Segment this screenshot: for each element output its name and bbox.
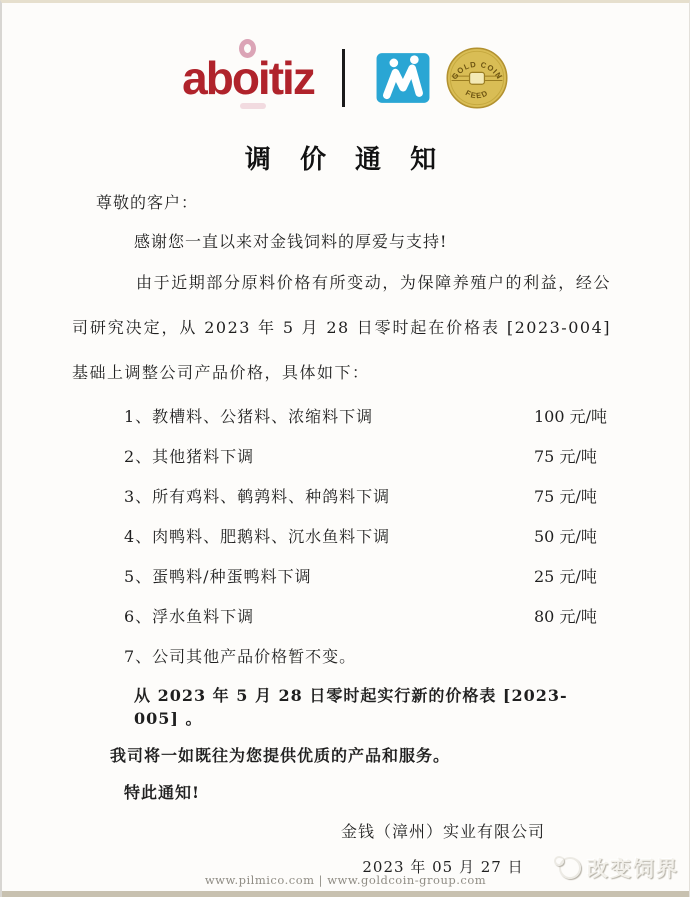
- item-price: 25 元/吨: [534, 557, 597, 597]
- item-label: 5、蛋鸭料/种蛋鸭料下调: [124, 567, 312, 586]
- item-price: 75 元/吨: [534, 437, 597, 477]
- list-item: 5、蛋鸭料/种蛋鸭料下调 25 元/吨: [72, 557, 611, 597]
- photo-bottom-edge: [2, 891, 689, 897]
- item-price: 80 元/吨: [534, 597, 597, 637]
- notice-document: aboitiz GOLD COIN: [0, 0, 690, 897]
- intro-paragraph: 由于近期部分原料价格有所变动，为保障养殖户的利益，经公司研究决定，从 2023 …: [72, 260, 611, 395]
- pilmico-m-icon: [373, 51, 433, 105]
- item-price: 75 元/吨: [534, 477, 597, 517]
- item-label: 1、教槽料、公猪料、浓缩料下调: [124, 407, 373, 426]
- item-label: 3、所有鸡料、鹌鹑料、种鸽料下调: [124, 487, 390, 506]
- gold-coin-feed-icon: GOLD COIN FEED: [445, 47, 509, 109]
- notice-body: 尊敬的客户： 感谢您一直以来对金钱饲料的厚爱与支持! 由于近期部分原料价格有所变…: [2, 190, 689, 877]
- aboitiz-logo: aboitiz: [182, 55, 314, 101]
- company-name: 金钱（漳州）实业有限公司: [341, 819, 545, 842]
- aboitiz-underline-accent: [240, 103, 266, 109]
- service-commitment-line: 我司将一如既往为您提供优质的产品和服务。: [110, 743, 611, 766]
- watermark-text: 改变饲界: [587, 853, 679, 883]
- watermark: 改变饲界: [559, 853, 679, 883]
- item-label: 4、肉鸭料、肥鹅料、沉水鱼料下调: [124, 527, 390, 546]
- thanks-line: 感谢您一直以来对金钱饲料的厚爱与支持!: [134, 229, 611, 252]
- item-price: 100 元/吨: [534, 397, 607, 437]
- list-item: 3、所有鸡料、鹌鹑料、种鸽料下调 75 元/吨: [72, 477, 611, 517]
- item-label: 2、其他猪料下调: [124, 447, 254, 466]
- logo-divider: [342, 49, 345, 107]
- salutation-line: 尊敬的客户：: [96, 190, 611, 213]
- logo-header: aboitiz GOLD COIN: [2, 3, 689, 113]
- list-item: 1、教槽料、公猪料、浓缩料下调 100 元/吨: [72, 397, 611, 437]
- effective-date-line: 从 2023 年 5 月 28 日零时起实行新的价格表 [2023-005] 。: [134, 683, 611, 729]
- watermark-logo-icon: [559, 857, 581, 879]
- list-item: 4、肉鸭料、肥鹅料、沉水鱼料下调 50 元/吨: [72, 517, 611, 557]
- signature-block: 金钱（漳州）实业有限公司 2023 年 05 月 27 日: [341, 819, 545, 877]
- aboitiz-logo-text: aboitiz: [182, 52, 314, 104]
- page-title: 调 价 通 知: [2, 139, 689, 176]
- item-label: 7、公司其他产品价格暂不变。: [124, 647, 356, 666]
- item-label: 6、浮水鱼料下调: [124, 607, 254, 626]
- list-item: 7、公司其他产品价格暂不变。: [72, 637, 611, 677]
- list-item: 2、其他猪料下调 75 元/吨: [72, 437, 611, 477]
- item-price: 50 元/吨: [534, 517, 597, 557]
- price-adjustment-list: 1、教槽料、公猪料、浓缩料下调 100 元/吨 2、其他猪料下调 75 元/吨 …: [72, 397, 611, 677]
- list-item: 6、浮水鱼料下调 80 元/吨: [72, 597, 611, 637]
- hereby-notice-line: 特此通知!: [124, 780, 611, 803]
